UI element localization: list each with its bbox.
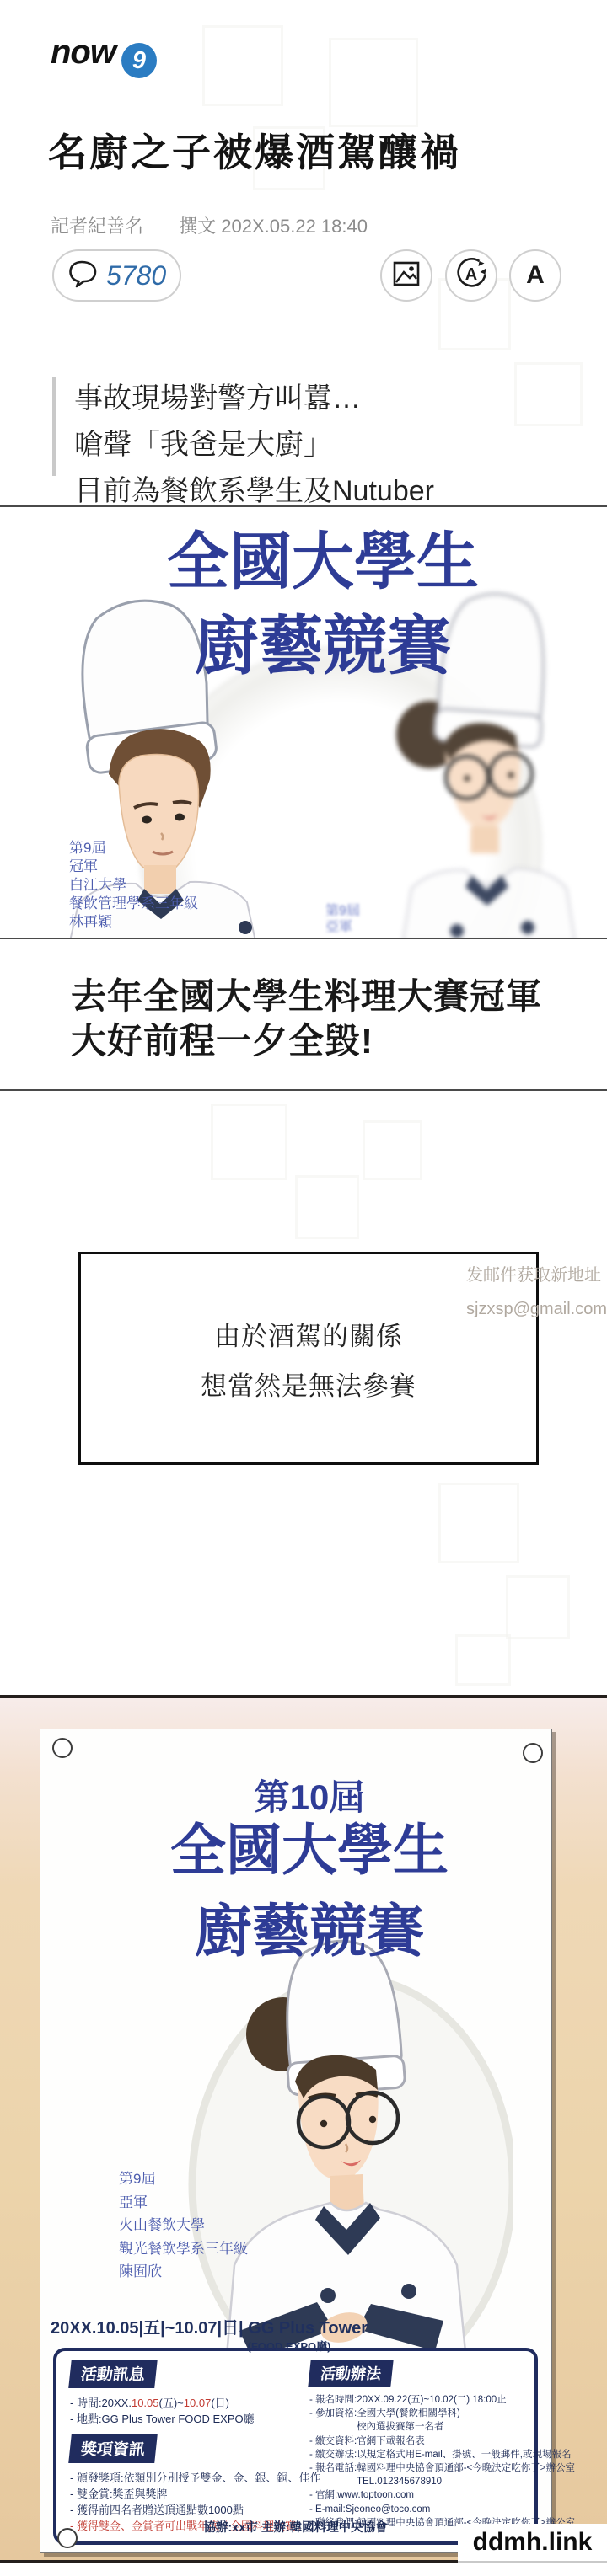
time-text: (日) [211,2397,229,2409]
time-date-red: 10.05 [132,2397,159,2409]
separator-line [0,938,607,939]
site-logo-badge: 9 [121,43,157,78]
event-venue: (FOOD EXPO廳) [205,2338,373,2354]
narration-line: 大好前程一夕全毀! [71,1013,373,1064]
comment-count-button[interactable]: 5780 [52,249,181,302]
site-watermark-text: ddmh.link [473,2528,593,2557]
email-watermark-address: sjzxsp@gmail.com [466,1292,607,1326]
caption-line: 第9屆 [325,903,360,919]
comic-panel-2: 第10屆 全國大學生 廚藝競賽 第9屆 亞軍 火山餐飲大學 觀光餐飲學系三年級 … [0,1695,607,2563]
watermark-pattern [363,1120,422,1180]
speech-line: 由於酒駕的關係 [214,1315,403,1353]
poster2-title-line1: 全國大學生 [54,1805,565,1885]
champion-caption: 第9屆 冠軍 白江大學 餐飲管理學系三年級 林再穎 [69,839,198,932]
poster-pin-icon [523,1743,543,1763]
site-logo[interactable]: now9 [51,34,157,78]
watermark-pattern [514,362,583,426]
info-right-column: 活動辦法 - 報名時間:20XX.09.22(五)~10.02(二) 18:00… [309,2360,530,2530]
event-info-box: 活動訊息 - 時間:20XX.10.05(五)~10.07(日) - 地點:GG… [53,2348,538,2545]
auto-translate-button[interactable]: A [445,249,497,302]
watermark-pattern [202,25,283,106]
email-watermark-note: 发邮件获取新地址 [466,1259,607,1292]
article-headline: 名廚之子被爆酒駕釀禍 [48,122,461,178]
caption-line: 亞軍 [325,919,360,935]
contest-poster: 第10屆 全國大學生 廚藝競賽 第9屆 亞軍 火山餐飲大學 觀光餐飲學系三年級 … [40,1729,552,2553]
caption-line: 第9屆 [69,839,198,858]
image-icon [392,260,421,291]
quote-bar [52,377,56,476]
info-line: - 繳交資料:官網下載報名表 [309,2434,530,2448]
quote-line: 事故現場對警方叫囂… [74,375,361,416]
quote-line: 目前為餐飲系學生及Nutuber [74,468,434,509]
info-line: - 獲得前四名者贈送頂通點數1000點 [70,2502,316,2518]
info-line: - 報名電話:韓國料理中央協會頂通部-<今晚決定吃你了>辦公室 [309,2461,530,2475]
caption-line: 白江大學 [69,876,198,895]
info-line: - 時間:20XX.10.05(五)~10.07(日) [70,2395,316,2411]
comic-panel-1: 全國大學生 廚藝競賽 第9屆 冠軍 白江大學 餐飲管理學系三年級 林再穎 第9屆… [0,507,607,938]
info-line: - 官網:www.toptoon.com [309,2488,530,2502]
info-line: - 繳交辦法:以規定格式用E-mail、掛號、一般郵件,或現場報名 [309,2448,530,2461]
info-line: - 雙金賞:獎盃與獎牌 [70,2486,316,2502]
info-badge: 活動訊息 [68,2360,158,2388]
byline: 記者紀善名 撰文 202X.05.22 18:40 [51,212,368,238]
auto-translate-icon: A [452,254,491,297]
info-line: - 頒發獎項:依類別分別授予雙金、金、銀、銅、佳作 [70,2470,316,2486]
speech-line: 想當然是無法參賽 [201,1365,416,1403]
caption-line: 冠軍 [69,858,198,876]
time-text: (五)~ [159,2397,184,2409]
info-left-column: 活動訊息 - 時間:20XX.10.05(五)~10.07(日) - 地點:GG… [70,2360,316,2534]
svg-text:A: A [465,265,477,284]
info-line: - 報名時間:20XX.09.22(五)~10.02(二) 18:00止 [309,2393,530,2407]
publish-info: 撰文 202X.05.22 18:40 [179,216,368,237]
font-size-A-icon: A [526,261,545,290]
comment-count: 5780 [106,260,166,291]
info-line: - 地點:GG Plus Tower FOOD EXPO廳 [70,2411,316,2427]
poster-pin-icon [57,2528,78,2548]
time-text: - 時間:20XX. [70,2397,132,2409]
site-logo-text: now [51,34,115,71]
caption-line: 第9屆 [119,2167,248,2191]
info-badge: 獎項資訊 [68,2434,158,2463]
site-watermark: ddmh.link [458,2524,607,2563]
poster2-title-line2: 廚藝競賽 [54,1886,565,1968]
watermark-pattern [295,1175,359,1239]
watermark-pattern [211,1104,287,1180]
runnerup-caption: 第9屆 亞軍 火山餐飲大學 觀光餐飲學系三年級 陳囿欣 [119,2167,248,2284]
poster1-title-line2: 廚藝競賽 [19,595,607,687]
caption-line: 餐飲管理學系三年級 [69,895,198,913]
info-line: - 參加資格:全國大學(餐飲相關學科) [309,2407,530,2420]
watermark-pattern [506,1575,570,1639]
separator-line [0,1089,607,1091]
quote-line: 嗆聲「我爸是大廚」 [74,421,332,462]
watermark-pattern [455,1634,511,1686]
insert-image-button[interactable] [380,249,432,302]
poster1-title-line1: 全國大學生 [19,512,607,601]
event-date-line: 20XX.10.05|五|~10.07|日| GG Plus Tower [51,2314,368,2338]
poster-pin-icon [52,1738,73,1758]
watermark-pattern [329,38,418,127]
caption-line: 林再穎 [69,913,198,932]
info-line: - E-mail:Sjeoneo@toco.com [309,2503,530,2516]
info-line: TEL.012345678910 [309,2475,530,2488]
reporter-name: 記者紀善名 [51,216,143,237]
time-date-red: 10.07 [184,2397,212,2409]
caption-line: 火山餐飲大學 [119,2214,248,2237]
caption-line: 亞軍 [119,2191,248,2215]
info-badge: 活動辦法 [308,2360,393,2387]
narration-line: 去年全國大學生料理大賽冠軍 [71,969,542,1019]
webtoon-page: now9 名廚之子被爆酒駕釀禍 記者紀善名 撰文 202X.05.22 18:4… [0,0,607,2576]
info-line: 校內選拔賽第一名者 [309,2420,530,2434]
comment-bubble-icon [67,259,98,292]
caption-line: 陳囿欣 [119,2260,248,2284]
runnerup-caption-blurred: 第9屆 亞軍 [325,903,360,935]
watermark-pattern [438,1483,519,1563]
font-size-button[interactable]: A [509,249,561,302]
caption-line: 觀光餐飲學系三年級 [119,2237,248,2261]
email-watermark: 发邮件获取新地址 sjzxsp@gmail.com [466,1259,607,1326]
